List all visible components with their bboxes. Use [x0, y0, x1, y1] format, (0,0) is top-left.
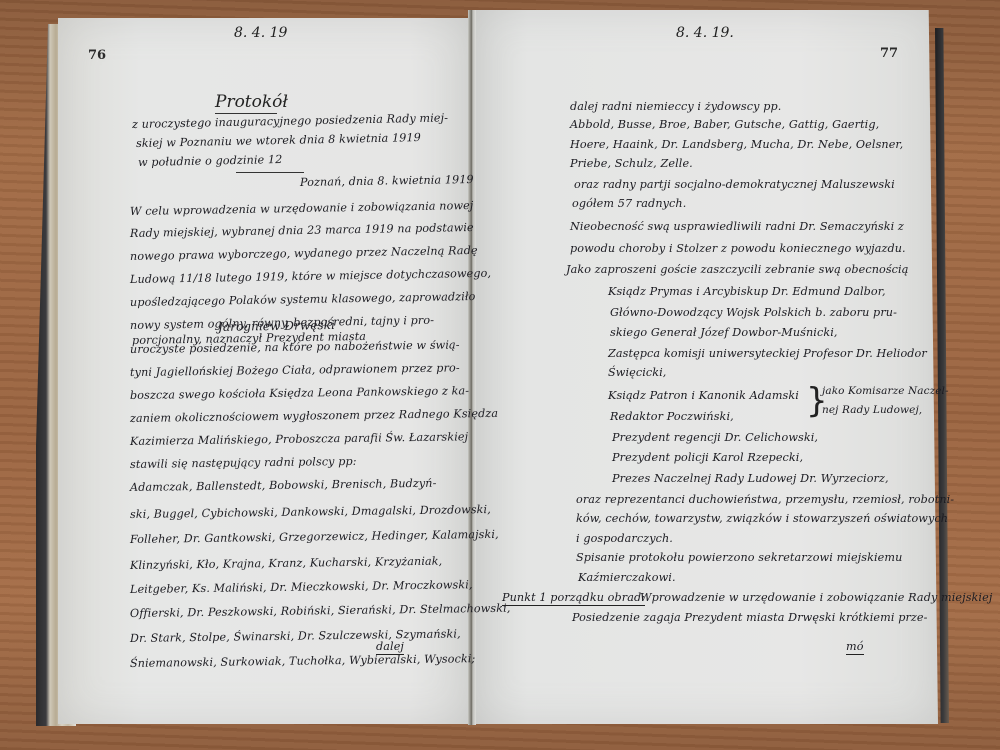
guest-line: skiego Generał Józef Dowbor-Muśnicki,: [610, 326, 838, 339]
agenda-item-label: Punkt 1 porządku obrad:: [502, 591, 645, 606]
body-line: Jako zaproszeni goście zaszczycili zebra…: [566, 263, 909, 276]
bracket-note: nej Rady Ludowej,: [822, 404, 922, 416]
guest-line: Redaktor Poczwiński,: [610, 410, 734, 423]
guest-line: Święcicki,: [608, 366, 666, 379]
body-line: Kaźmierczakowi.: [578, 571, 676, 584]
guest-line: Prezes Naczelnej Rady Ludowej Dr. Wyrzec…: [612, 472, 889, 485]
header-date-left: 8. 4. 19: [234, 25, 287, 41]
body-line: ogółem 57 radnych.: [572, 197, 686, 210]
body-line: Nieobecność swą usprawiedliwili radni Dr…: [570, 220, 904, 233]
book-gutter: [468, 10, 476, 725]
guest-line: Zastępca komisji uniwersyteckiej Profeso…: [608, 347, 927, 360]
protocol-title: Protokół: [215, 92, 288, 112]
guest-line: Ksiądz Patron i Kanonik Adamski: [608, 389, 799, 402]
body-line: Spisanie protokołu powierzono sekretarzo…: [576, 551, 902, 564]
body-line: Hoere, Haaink, Dr. Landsberg, Mucha, Dr.…: [570, 138, 903, 151]
body-line: powodu choroby i Stolzer z powodu koniec…: [570, 242, 906, 255]
body-line: Priebe, Schulz, Zelle.: [570, 157, 693, 170]
body-line: Abbold, Busse, Broe, Baber, Gutsche, Gat…: [570, 118, 879, 131]
catchword-right: mó: [846, 640, 864, 655]
body-line: oraz radny partji socjalno-demokratyczne…: [574, 178, 895, 191]
guest-line: Prezydent policji Karol Rzepecki,: [612, 451, 803, 464]
guest-line: Ksiądz Prymas i Arcybiskup Dr. Edmund Da…: [608, 285, 886, 298]
signature-name: Jarogniew Drwęski: [218, 318, 335, 334]
agenda-item-text: Wprowadzenie w urzędowanie i zobowiązani…: [640, 591, 992, 604]
bracket-note: jako Komisarze Naczel-: [822, 385, 949, 397]
header-date-right: 8. 4. 19.: [676, 25, 734, 41]
body-line: ków, cechów, towarzystw, związków i stow…: [576, 512, 948, 525]
title-underline: [215, 113, 277, 114]
body-line: dalej radni niemieccy i żydowscy pp.: [570, 100, 781, 113]
page-number-left: 76: [88, 48, 106, 63]
catchword-left: dalej: [376, 640, 404, 655]
guest-line: Główno-Dowodzący Wojsk Polskich b. zabor…: [610, 306, 897, 319]
page-number-right: 77: [880, 46, 898, 61]
guest-line: Prezydent regencji Dr. Celichowski,: [612, 431, 818, 444]
separator-rule: [236, 172, 304, 173]
body-line: oraz reprezentanci duchowieństwa, przemy…: [576, 493, 954, 506]
body-line: i gospodarczych.: [576, 532, 673, 545]
closing-line: Posiedzenie zagaja Prezydent miasta Drwę…: [572, 611, 928, 624]
